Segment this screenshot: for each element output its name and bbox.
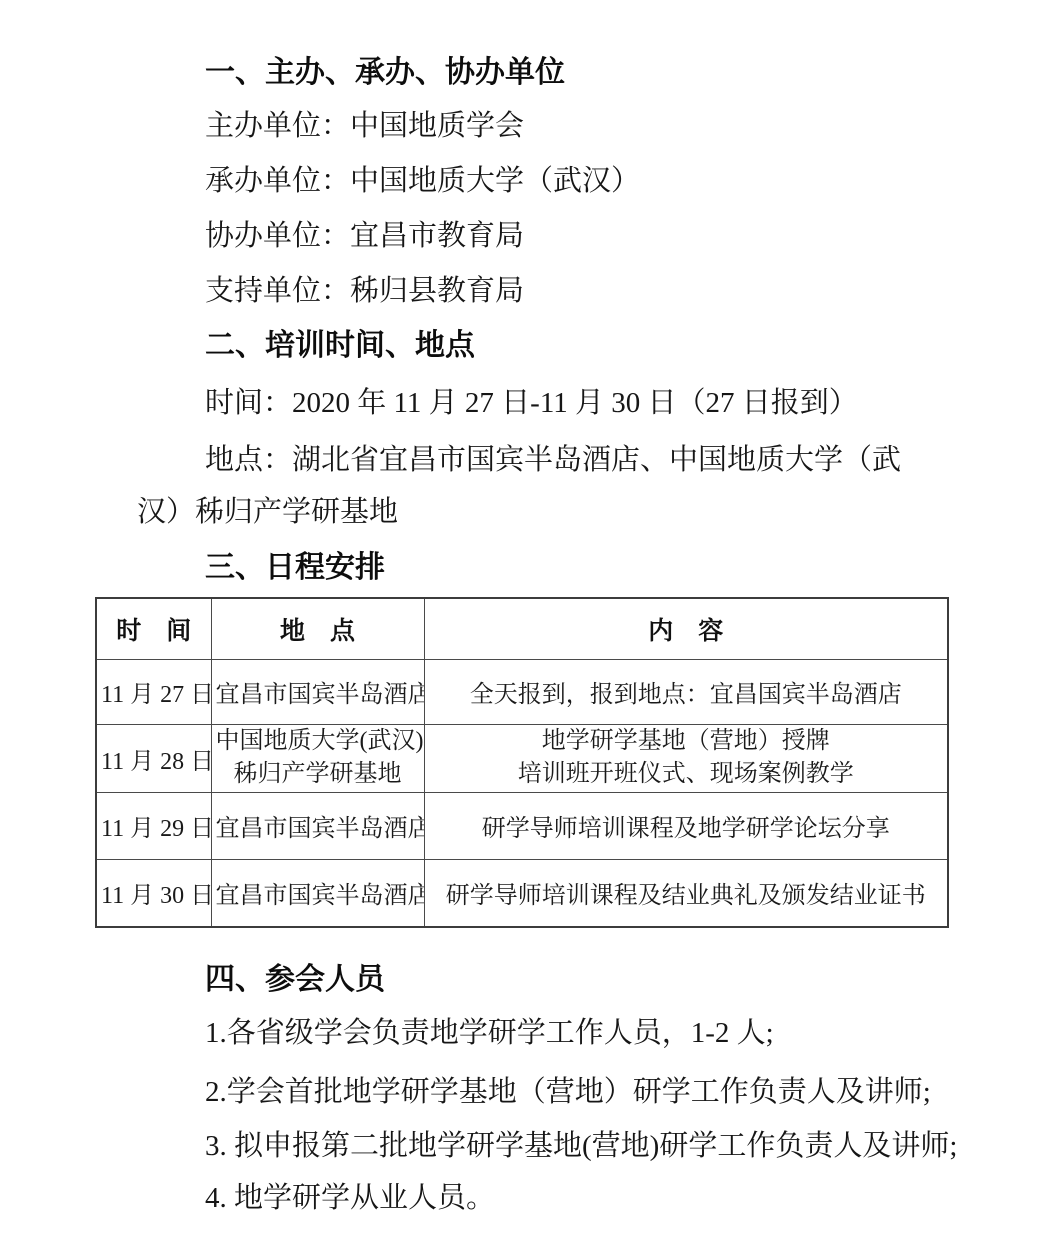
cell-content: 研学导师培训课程及结业典礼及颁发结业证书 [424, 859, 948, 927]
cell-place-line2: 秭归产学研基地 [216, 758, 420, 791]
co-organizer-line: 协办单位：宜昌市教育局 [205, 221, 524, 252]
document-page: 一、主办、承办、协办单位 主办单位：中国地质学会 承办单位：中国地质大学（武汉）… [0, 0, 1038, 1236]
undertaker-line: 承办单位：中国地质大学（武汉） [205, 166, 640, 197]
attendee-item-4: 4. 地学研学从业人员。 [205, 1183, 495, 1214]
cell-time: 11 月 28 日 [96, 724, 211, 792]
cell-time: 11 月 27 日 [96, 659, 211, 724]
cell-content: 地学研学基地（营地）授牌 培训班开班仪式、现场案例教学 [424, 724, 948, 792]
section2-heading: 二、培训时间、地点 [205, 330, 475, 362]
section1-heading: 一、主办、承办、协办单位 [205, 57, 565, 89]
table-header-row: 时 间 地 点 内 容 [96, 598, 948, 659]
cell-place: 中国地质大学(武汉) 秭归产学研基地 [211, 724, 424, 792]
table-row: 11 月 30 日 宜昌市国宾半岛酒店 研学导师培训课程及结业典礼及颁发结业证书 [96, 859, 948, 927]
col-header-content: 内 容 [424, 598, 948, 659]
attendee-item-1: 1.各省级学会负责地学研学工作人员，1-2 人; [205, 1018, 774, 1049]
training-time-line: 时间：2020 年 11 月 27 日-11 月 30 日（27 日报到） [205, 388, 858, 419]
cell-content: 全天报到，报到地点：宜昌国宾半岛酒店 [424, 659, 948, 724]
cell-content-line1: 地学研学基地（营地）授牌 [429, 725, 944, 758]
cell-place: 宜昌市国宾半岛酒店 [211, 659, 424, 724]
table-row: 11 月 27 日 宜昌市国宾半岛酒店 全天报到，报到地点：宜昌国宾半岛酒店 [96, 659, 948, 724]
cell-content-line2: 培训班开班仪式、现场案例教学 [429, 758, 944, 791]
col-header-place: 地 点 [211, 598, 424, 659]
table-row: 11 月 28 日 中国地质大学(武汉) 秭归产学研基地 地学研学基地（营地）授… [96, 724, 948, 792]
attendee-item-2: 2.学会首批地学研学基地（营地）研学工作负责人及讲师; [205, 1077, 931, 1108]
schedule-table: 时 间 地 点 内 容 11 月 27 日 宜昌市国宾半岛酒店 全天报到，报到地… [95, 597, 949, 928]
cell-time: 11 月 29 日 [96, 792, 211, 859]
cell-place: 宜昌市国宾半岛酒店 [211, 859, 424, 927]
table-row: 11 月 29 日 宜昌市国宾半岛酒店 研学导师培训课程及地学研学论坛分享 [96, 792, 948, 859]
section3-heading: 三、日程安排 [205, 552, 385, 584]
cell-content: 研学导师培训课程及地学研学论坛分享 [424, 792, 948, 859]
supporter-line: 支持单位：秭归县教育局 [205, 276, 524, 307]
cell-place: 宜昌市国宾半岛酒店 [211, 792, 424, 859]
organizer-line: 主办单位：中国地质学会 [205, 111, 524, 142]
col-header-time: 时 间 [96, 598, 211, 659]
cell-time: 11 月 30 日 [96, 859, 211, 927]
training-place-line2: 汉）秭归产学研基地 [137, 497, 398, 528]
training-place-line1: 地点：湖北省宜昌市国宾半岛酒店、中国地质大学（武 [205, 445, 901, 476]
section4-heading: 四、参会人员 [205, 964, 385, 996]
cell-place-line1: 中国地质大学(武汉) [216, 725, 420, 758]
attendee-item-3: 3. 拟申报第二批地学研学基地(营地)研学工作负责人及讲师; [205, 1131, 957, 1162]
